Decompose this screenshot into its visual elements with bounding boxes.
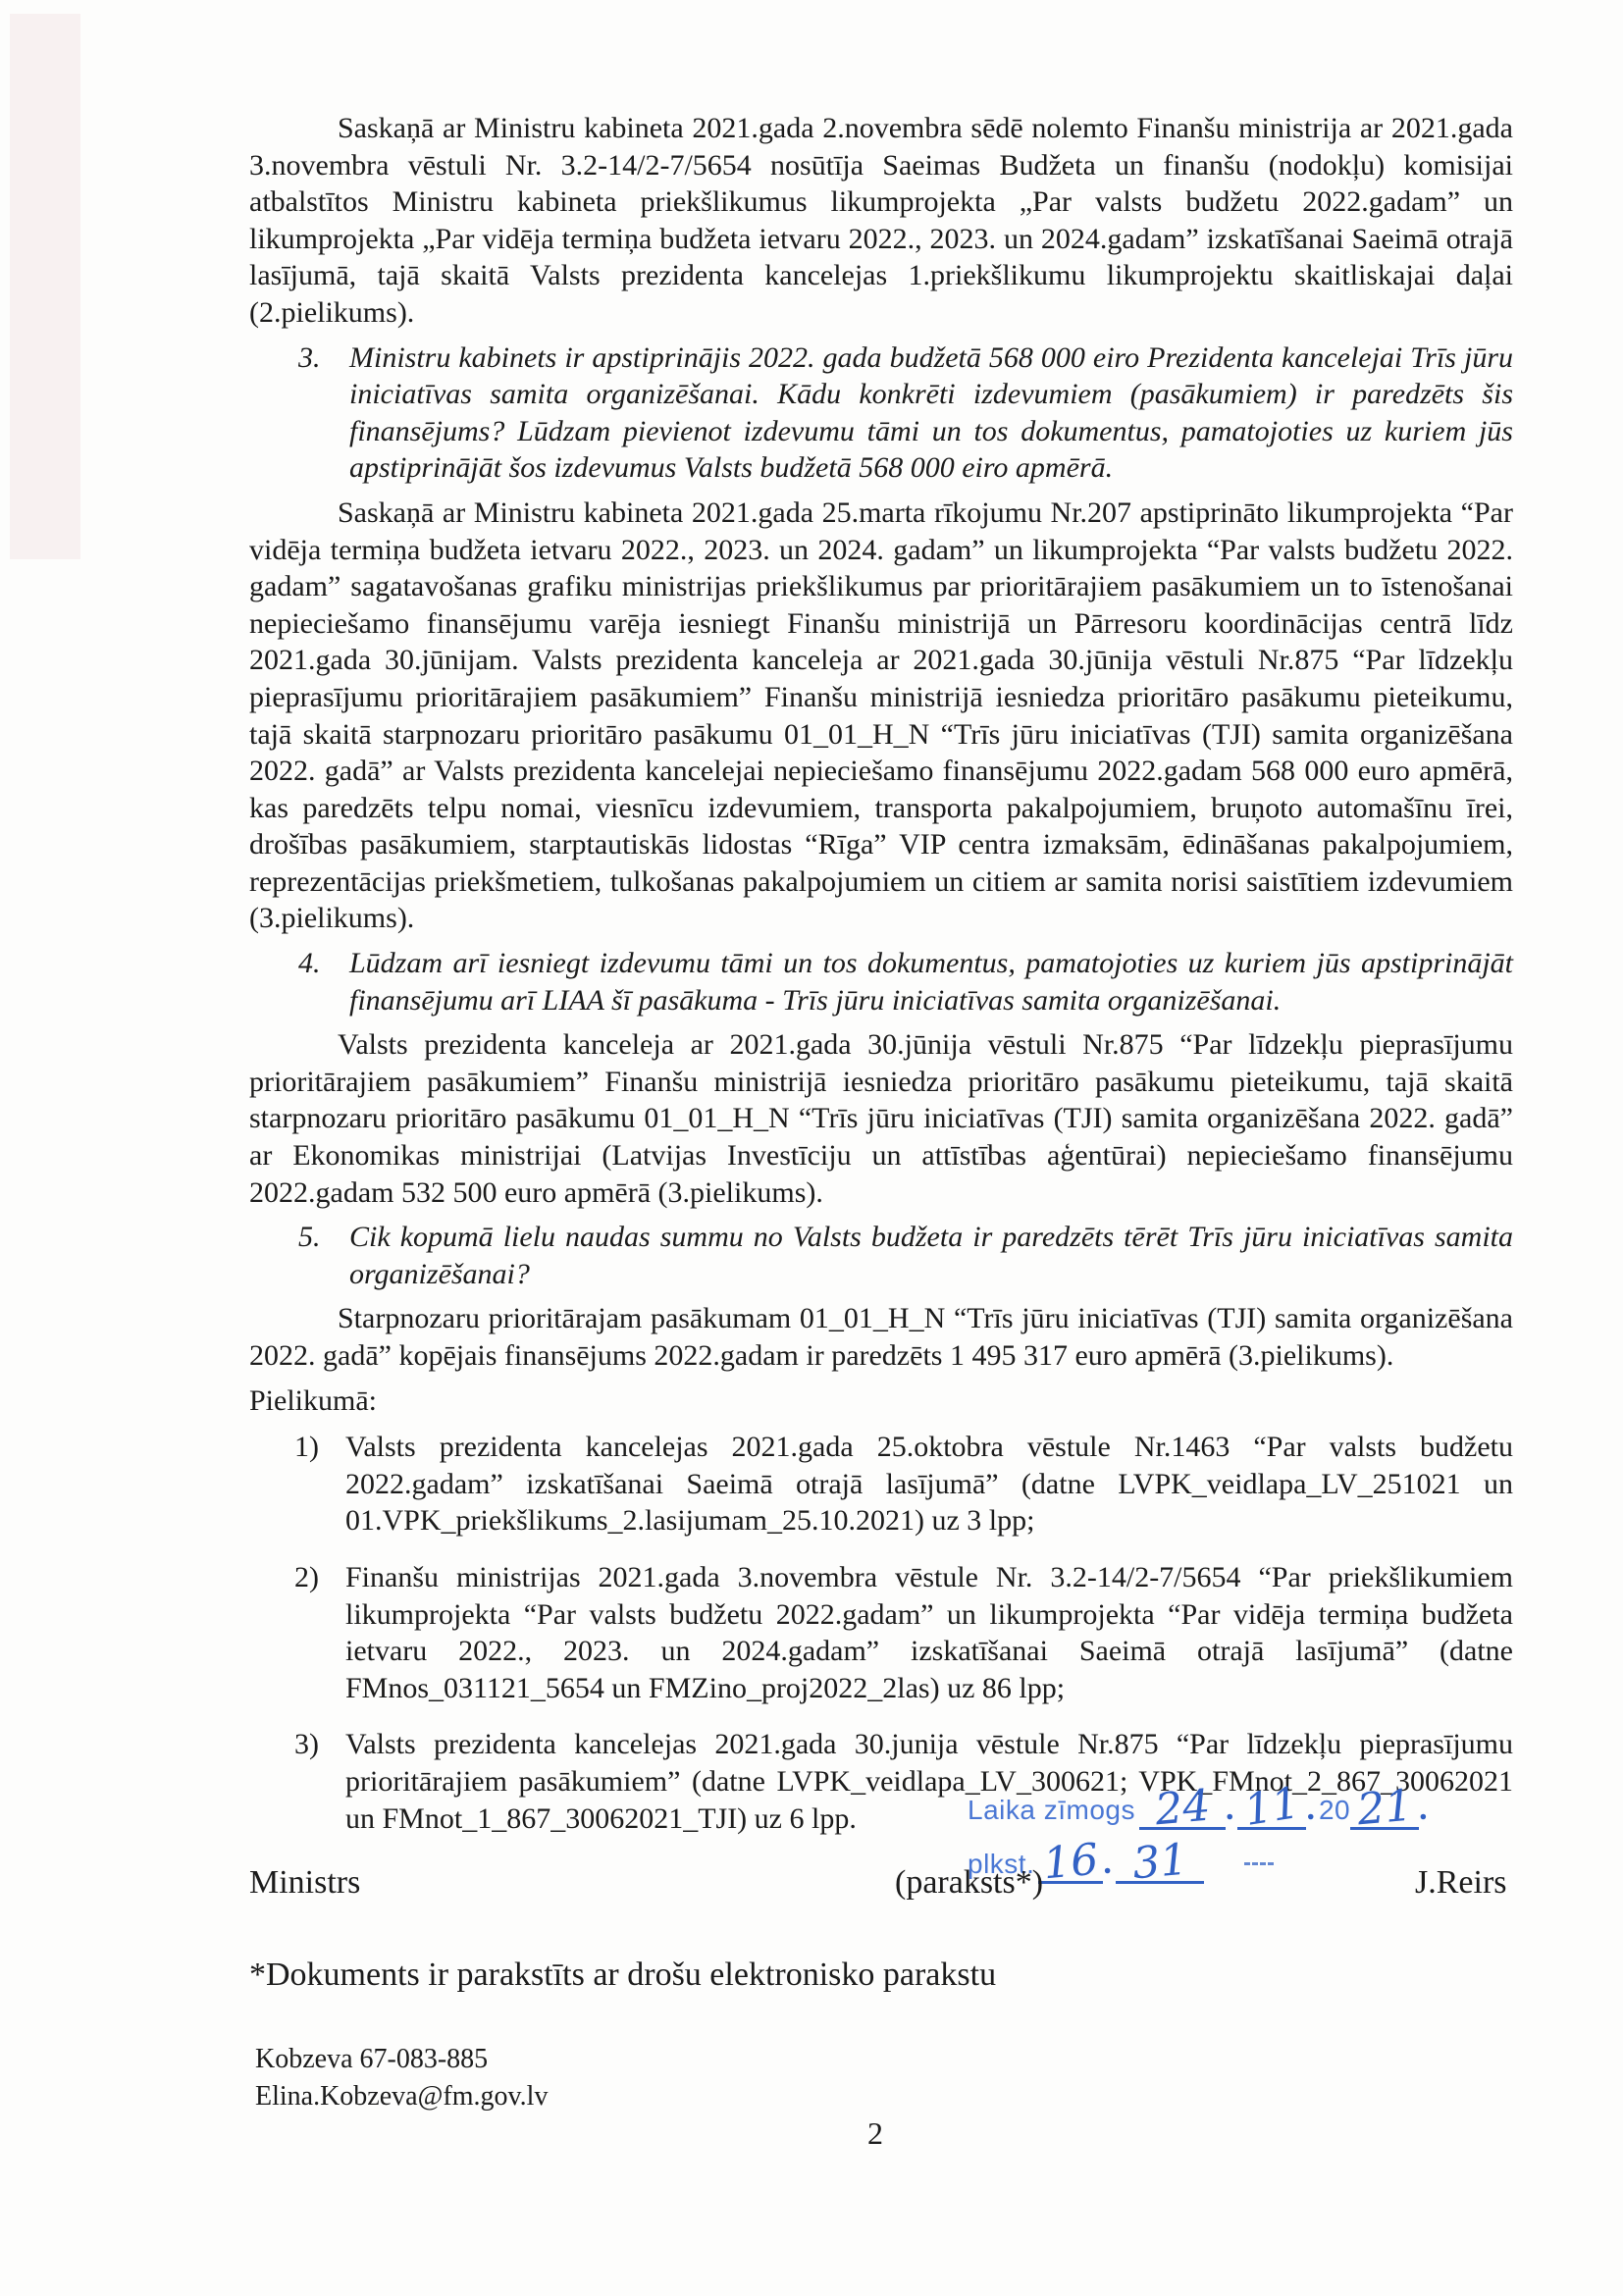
- signature-name: J.Reirs: [1415, 1864, 1507, 1902]
- stamp-century: 20: [1319, 1795, 1350, 1825]
- document-page: Saskaņā ar Ministru kabineta 2021.gada 2…: [0, 0, 1623, 2296]
- stamp-minute-blank: 31: [1116, 1838, 1204, 1884]
- stamp-dot: .: [1103, 1845, 1112, 1881]
- time-stamp-date-line: Laika zīmogs 24. 11. 2021.: [968, 1784, 1380, 1830]
- scan-artifact: [10, 14, 80, 559]
- stamp-month-blank: 11: [1237, 1784, 1306, 1830]
- stamp-day-blank: 24: [1139, 1784, 1226, 1830]
- attachment-item-1: 1) Valsts prezidenta kancelejas 2021.gad…: [345, 1429, 1513, 1539]
- page-number: 2: [867, 2115, 883, 2152]
- attachment-item-2: 2) Finanšu ministrijas 2021.gada 3.novem…: [345, 1559, 1513, 1706]
- stamp-dot: .: [1226, 1791, 1234, 1827]
- stamp-year-blank: 21: [1350, 1784, 1419, 1830]
- paragraph-intro: Saskaņā ar Ministru kabineta 2021.gada 2…: [249, 110, 1513, 332]
- item-number: 2): [294, 1559, 319, 1596]
- contact-block: Kobzeva 67-083-885 Elina.Kobzeva@fm.gov.…: [255, 2041, 548, 2115]
- signature-role: Ministrs: [249, 1864, 360, 1902]
- question-item-4: 4. Lūdzam arī iesniegt izdevumu tāmi un …: [349, 945, 1513, 1018]
- stamp-dot: .: [1419, 1791, 1428, 1827]
- contact-line-2: Elina.Kobzeva@fm.gov.lv: [255, 2078, 548, 2115]
- stamp-hour-value: 16: [1042, 1839, 1101, 1887]
- item-number: 1): [294, 1429, 319, 1466]
- e-signature-disclaimer: *Dokuments ir parakstīts ar drošu elektr…: [249, 1957, 996, 1994]
- question-text: Ministru kabinets ir apstiprinājis 2022.…: [349, 341, 1513, 485]
- item-number: 4.: [298, 945, 321, 982]
- stamp-dot: .: [1306, 1791, 1315, 1827]
- attachment-text: Finanšu ministrijas 2021.gada 3.novembra…: [345, 1561, 1513, 1704]
- stamp-day-value: 24: [1153, 1785, 1212, 1833]
- signature-placeholder: (paraksts*): [895, 1864, 1043, 1902]
- paragraph-mk-rikojums: Saskaņā ar Ministru kabineta 2021.gada 2…: [249, 495, 1513, 937]
- paragraph-vpk-875: Valsts prezidenta kanceleja ar 2021.gada…: [249, 1026, 1513, 1211]
- ink-mark: [1244, 1852, 1274, 1865]
- attachments-label: Pielikumā:: [249, 1383, 1513, 1420]
- paragraph-total-funding: Starpnozaru prioritārajam pasākumam 01_0…: [249, 1300, 1513, 1374]
- question-text: Cik kopumā lielu naudas summu no Valsts …: [349, 1221, 1513, 1290]
- contact-line-1: Kobzeva 67-083-885: [255, 2041, 548, 2078]
- attachment-text: Valsts prezidenta kancelejas 2021.gada 2…: [345, 1431, 1513, 1537]
- item-number: 5.: [298, 1219, 321, 1256]
- stamp-year-value: 21: [1356, 1785, 1415, 1833]
- item-number: 3.: [298, 339, 321, 377]
- time-stamp-label: Laika zīmogs: [968, 1795, 1135, 1825]
- stamp-hour-blank: 16: [1038, 1838, 1103, 1884]
- stamp-minute-value: 31: [1130, 1839, 1189, 1887]
- question-item-3: 3. Ministru kabinets ir apstiprinājis 20…: [349, 339, 1513, 487]
- stamp-month-value: 11: [1242, 1782, 1303, 1833]
- letter-body: Saskaņā ar Ministru kabineta 2021.gada 2…: [249, 110, 1513, 1856]
- item-number: 3): [294, 1726, 319, 1763]
- question-item-5: 5. Cik kopumā lielu naudas summu no Vals…: [349, 1219, 1513, 1292]
- question-text: Lūdzam arī iesniegt izdevumu tāmi un tos…: [349, 947, 1513, 1017]
